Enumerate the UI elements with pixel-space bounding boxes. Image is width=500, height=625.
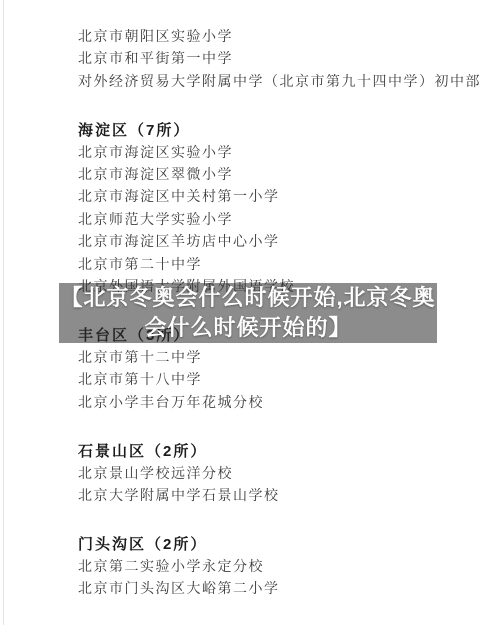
school-item: 北京大学附属中学石景山学校 bbox=[78, 486, 480, 508]
district-header: 门头沟区（2所） bbox=[78, 534, 480, 556]
district-section: 石景山区（2所）北京景山学校远洋分校北京大学附属中学石景山学校 bbox=[78, 441, 480, 508]
district-header: 石景山区（2所） bbox=[78, 441, 480, 463]
school-item: 对外经济贸易大学附属中学（北京市第九十四中学）初中部 bbox=[78, 72, 480, 94]
school-item: 北京市第二十中学 bbox=[78, 255, 480, 277]
school-item: 北京市第十八中学 bbox=[78, 370, 480, 392]
school-item: 北京景山学校远洋分校 bbox=[78, 464, 480, 486]
school-item: 北京市海淀区翠微小学 bbox=[78, 165, 480, 187]
school-item: 北京第二实验小学永定分校 bbox=[78, 557, 480, 579]
page-root: { "page": { "background": "#ffffff", "le… bbox=[0, 0, 500, 625]
district-section: 海淀区（7所）北京市海淀区实验小学北京市海淀区翠微小学北京市海淀区中关村第一小学… bbox=[78, 120, 480, 299]
district-header: 海淀区（7所） bbox=[78, 120, 480, 142]
school-item: 北京市朝阳区实验小学 bbox=[78, 27, 480, 49]
school-item: 北京师范大学实验小学 bbox=[78, 210, 480, 232]
school-item: 北京小学丰台万年花城分校 bbox=[78, 393, 480, 415]
school-item: 北京市海淀区羊坊店中心小学 bbox=[78, 232, 480, 254]
watermark-overlay: 【北京冬奥会什么时候开始,北京冬奥 会什么时候开始的】 bbox=[59, 283, 437, 343]
school-item: 北京市海淀区中关村第一小学 bbox=[78, 187, 480, 209]
school-item: 北京市海淀区实验小学 bbox=[78, 143, 480, 165]
school-item: 北京市门头沟区大峪第二小学 bbox=[78, 579, 480, 601]
school-item: 北京市第十二中学 bbox=[78, 348, 480, 370]
school-item: 北京市和平街第一中学 bbox=[78, 49, 480, 71]
watermark-line-2: 会什么时候开始的】 bbox=[59, 313, 437, 343]
district-section: 门头沟区（2所）北京第二实验小学永定分校北京市门头沟区大峪第二小学 bbox=[78, 534, 480, 601]
watermark-line-1: 【北京冬奥会什么时候开始,北京冬奥 bbox=[59, 283, 437, 313]
district-section: 北京市朝阳区实验小学北京市和平街第一中学对外经济贸易大学附属中学（北京市第九十四… bbox=[78, 27, 480, 94]
